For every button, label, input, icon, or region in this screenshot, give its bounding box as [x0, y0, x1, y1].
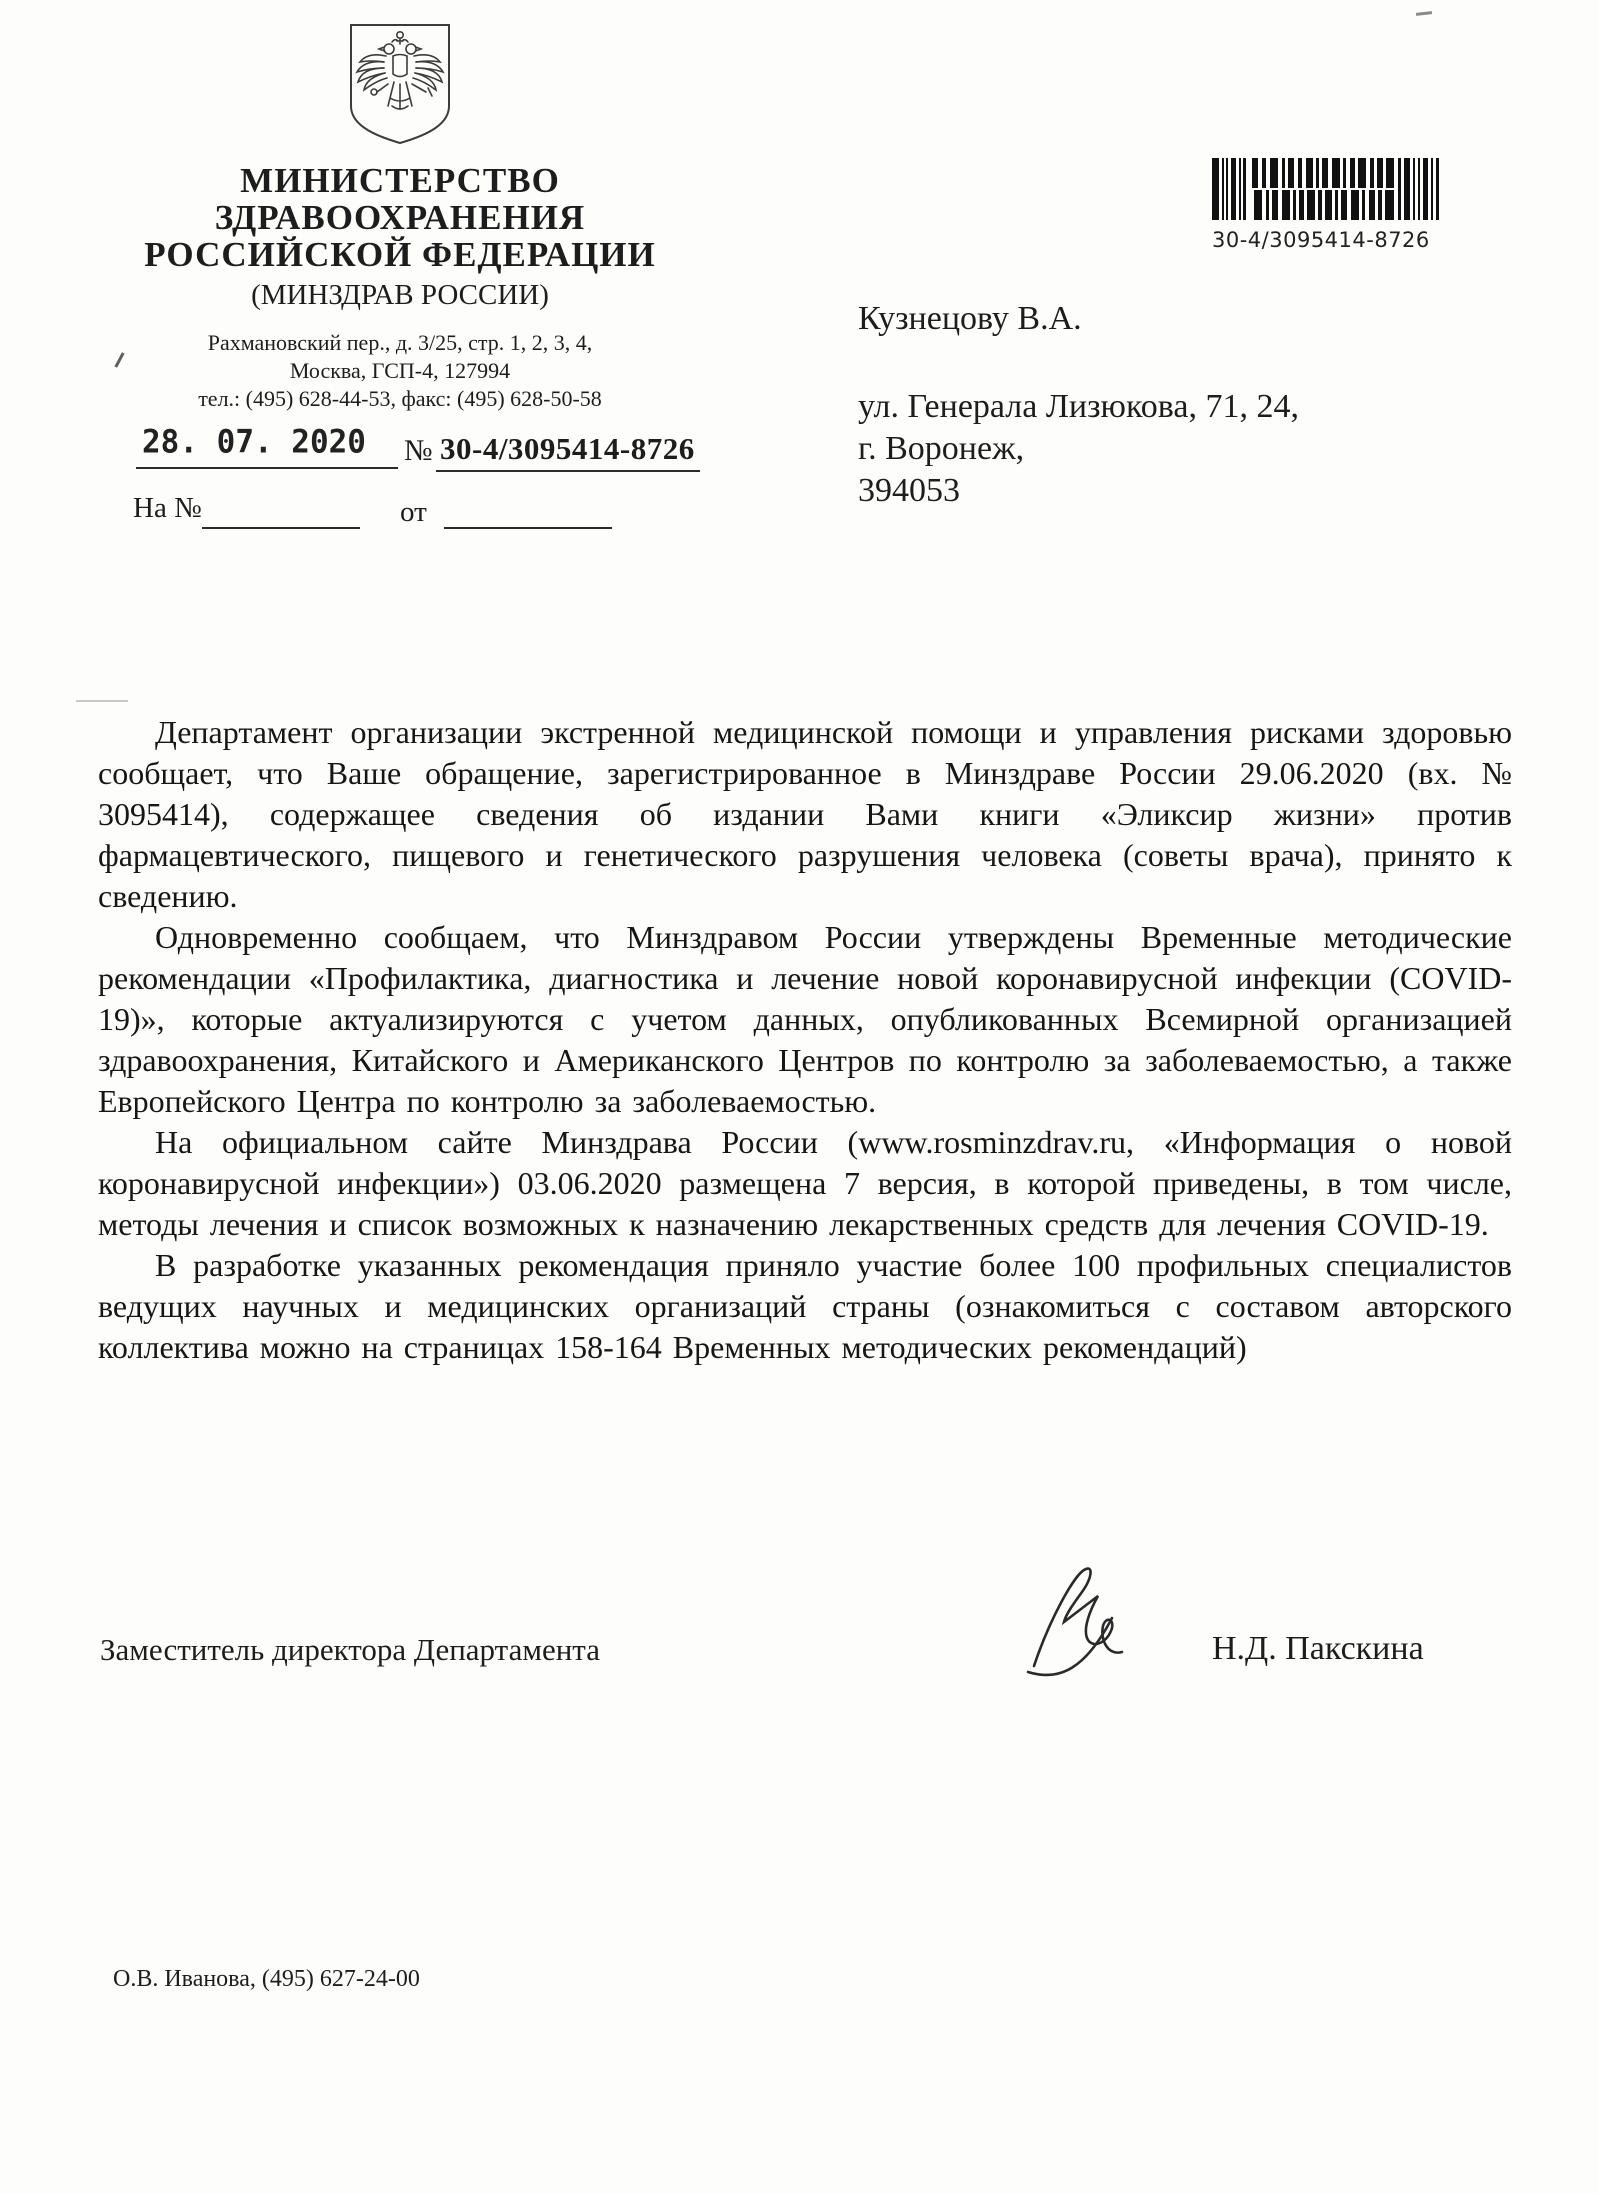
letterhead: МИНИСТЕРСТВО ЗДРАВООХРАНЕНИЯ РОССИЙСКОЙ … — [85, 10, 715, 413]
recipient-address-line: ул. Генерала Лизюкова, 71, 24, — [858, 386, 1299, 428]
reply-ref-prefix: На № — [133, 492, 202, 525]
recipient-address-line: 394053 — [858, 470, 1299, 512]
signer-name: Н.Д. Пакскина — [1212, 1630, 1424, 1668]
body-paragraph: Департамент организации экстренной медиц… — [98, 712, 1512, 917]
ministry-name-line: РОССИЙСКОЙ ФЕДЕРАЦИИ — [85, 236, 715, 273]
scan-artifact — [1416, 11, 1432, 16]
recipient-name: Кузнецову В.А. — [858, 298, 1299, 340]
number-sign: № — [404, 434, 433, 468]
date-stamp: 28. 07. 2020 — [142, 423, 366, 460]
barcode-label: 30-4/3095414-8726 — [1212, 228, 1430, 252]
recipient-address-line: г. Воронеж, — [858, 428, 1299, 470]
signer-title: Заместитель директора Департамента — [100, 1632, 600, 1668]
letter-body: Департамент организации экстренной медиц… — [98, 712, 1512, 1368]
date-underline — [136, 467, 398, 469]
body-paragraph: Одновременно сообщаем, что Минздравом Ро… — [98, 917, 1512, 1122]
recipient-address: ул. Генерала Лизюкова, 71, 24, г. Вороне… — [858, 386, 1299, 512]
ministry-address-line: тел.: (495) 628-44-53, факс: (495) 628-5… — [85, 385, 715, 413]
ministry-short-name: (МИНЗДРАВ РОССИИ) — [85, 277, 715, 313]
barcode — [1212, 158, 1444, 220]
reply-ref-from: от — [400, 496, 427, 529]
reply-ref-underline — [202, 527, 360, 529]
body-paragraph: В разработке указанных рекомендация прин… — [98, 1245, 1512, 1368]
signature-stroke — [1020, 1548, 1220, 1698]
recipient-block: Кузнецову В.А. ул. Генерала Лизюкова, 71… — [858, 298, 1299, 512]
scanned-letter-page: МИНИСТЕРСТВО ЗДРАВООХРАНЕНИЯ РОССИЙСКОЙ … — [0, 0, 1598, 2194]
coat-of-arms-icon — [348, 22, 452, 146]
ministry-address: Рахмановский пер., д. 3/25, стр. 1, 2, 3… — [85, 329, 715, 413]
ministry-name-line: ЗДРАВООХРАНЕНИЯ — [85, 199, 715, 236]
ministry-address-line: Рахмановский пер., д. 3/25, стр. 1, 2, 3… — [85, 329, 715, 357]
ministry-address-line: Москва, ГСП-4, 127994 — [85, 357, 715, 385]
scan-artifact — [76, 700, 128, 702]
body-paragraph: На официальном сайте Минздрава России (w… — [98, 1122, 1512, 1245]
outgoing-number: 30-4/3095414-8726 — [440, 431, 695, 467]
ministry-name-line: МИНИСТЕРСТВО — [85, 162, 715, 199]
reply-date-underline — [444, 527, 612, 529]
executor-contact: О.В. Иванова, (495) 627-24-00 — [113, 1966, 420, 1993]
number-underline — [436, 470, 700, 472]
